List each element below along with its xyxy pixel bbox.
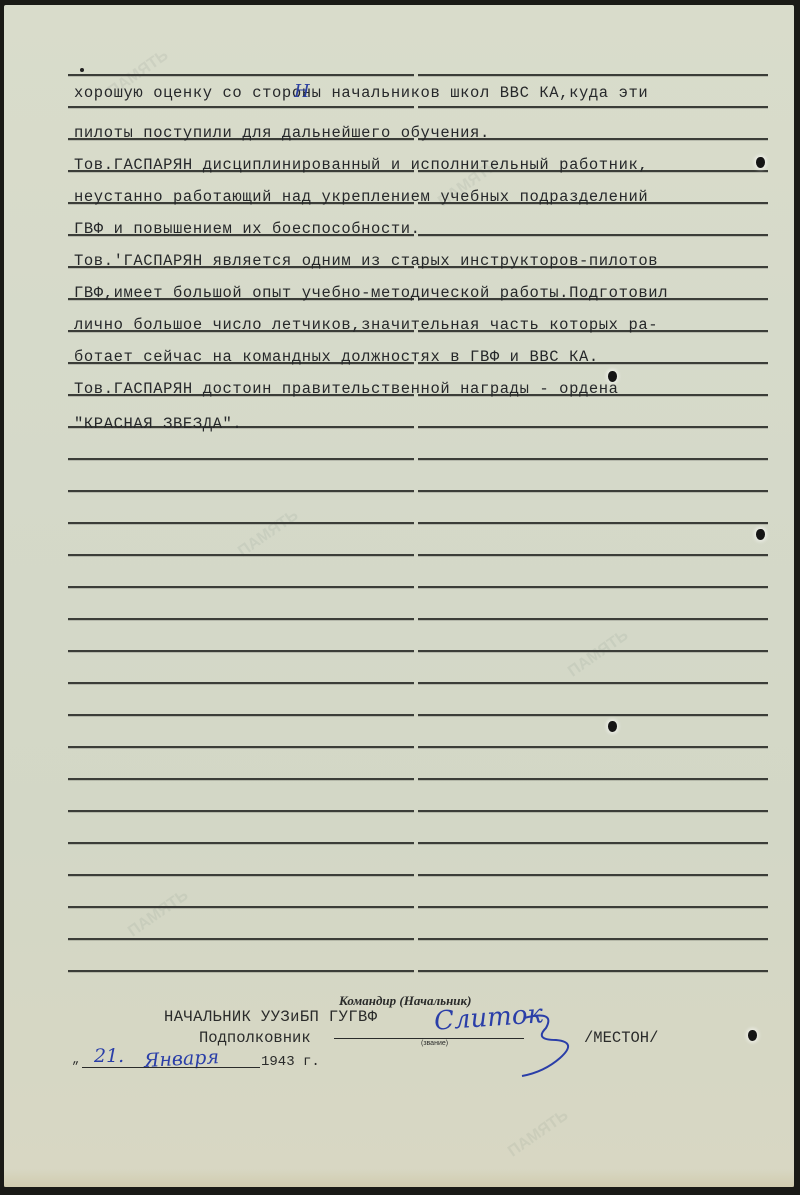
- form-rule: [68, 586, 414, 588]
- form-rule: [418, 458, 768, 460]
- date-day: 21.: [94, 1045, 124, 1067]
- form-rule: [68, 522, 414, 524]
- form-rule: [68, 874, 414, 876]
- form-rule: [418, 682, 768, 684]
- signatory-name: /МЕСТОН/: [584, 1029, 658, 1047]
- punch-hole: [608, 371, 617, 382]
- signatory-title: НАЧАЛЬНИК УУЗиБП ГУГВФ: [164, 1008, 377, 1026]
- watermark: ПАМЯТЬ: [125, 887, 192, 941]
- form-rule: [68, 682, 414, 684]
- signature-line: [334, 1038, 524, 1039]
- form-rule: [68, 618, 414, 620]
- form-rule: [418, 426, 768, 428]
- form-rule: [418, 650, 768, 652]
- form-rule: [68, 554, 414, 556]
- punch-hole: [756, 157, 765, 168]
- body-line-1: хорошую оценку со стороны начальников шк…: [74, 84, 648, 102]
- watermark: ПАМЯТЬ: [565, 627, 632, 681]
- ink-dot: [80, 68, 84, 72]
- form-rule: [418, 490, 768, 492]
- body-line-7: ГВФ,имеет большой опыт учебно-методическ…: [74, 284, 668, 302]
- body-line-2: пилоты поступили для дальнейшего обучени…: [74, 124, 490, 142]
- punch-hole: [608, 721, 617, 732]
- form-rule: [418, 938, 768, 940]
- signatory-rank: Подполковник: [199, 1029, 311, 1047]
- form-rule: [418, 874, 768, 876]
- form-rule: [418, 746, 768, 748]
- punch-hole: [756, 529, 765, 540]
- form-rule: [68, 938, 414, 940]
- date-year: 1943 г.: [261, 1054, 320, 1070]
- form-rule: [68, 970, 414, 972]
- form-rule: [68, 810, 414, 812]
- date-open-quote: „: [72, 1053, 79, 1067]
- date-month: Января: [143, 1046, 219, 1072]
- rank-label: (звание): [421, 1040, 448, 1047]
- form-rule: [68, 906, 414, 908]
- form-rule: [418, 586, 768, 588]
- form-rule: [418, 842, 768, 844]
- signature-flourish: [516, 1010, 586, 1080]
- form-rule: [418, 778, 768, 780]
- form-rule: [68, 842, 414, 844]
- body-line-6: Тов.'ГАСПАРЯН является одним из старых и…: [74, 252, 658, 270]
- form-rule: [418, 106, 768, 108]
- body-line-8: лично большое число летчиков,значительна…: [74, 316, 658, 334]
- date-line: [82, 1067, 260, 1068]
- form-rule: [418, 906, 768, 908]
- form-rule: [418, 714, 768, 716]
- document-page: ПАМЯТЬ ПАМЯТЬ ПАМЯТЬ ПАМЯТЬ ПАМЯТЬ ПАМЯТ…: [4, 5, 794, 1187]
- form-rule: [68, 778, 414, 780]
- form-rule: [418, 810, 768, 812]
- form-rule: [68, 106, 414, 108]
- form-rule: [68, 458, 414, 460]
- body-line-5: ГВФ и повышением их боеспособности.: [74, 220, 421, 238]
- form-rule: [68, 746, 414, 748]
- body-line-4: неустанно работающий над укреплением уче…: [74, 188, 648, 206]
- form-rule: [418, 234, 768, 236]
- form-rule: [68, 74, 414, 76]
- watermark: ПАМЯТЬ: [505, 1107, 572, 1161]
- form-rule: [68, 650, 414, 652]
- form-rule: [418, 618, 768, 620]
- form-rule: [68, 714, 414, 716]
- punch-hole: [748, 1030, 757, 1041]
- form-rule: [418, 522, 768, 524]
- form-rule: [418, 970, 768, 972]
- body-line-10: Тов.ГАСПАРЯН достоин правительственной н…: [74, 380, 619, 398]
- handwritten-correction: Н: [294, 81, 310, 102]
- form-rule: [418, 554, 768, 556]
- body-line-11: "КРАСНАЯ ЗВЕЗДА".: [74, 415, 242, 433]
- form-rule: [418, 74, 768, 76]
- form-rule: [68, 490, 414, 492]
- body-line-9: ботает сейчас на командных должностях в …: [74, 348, 599, 366]
- body-line-3: Тов.ГАСПАРЯН дисциплинированный и исполн…: [74, 156, 648, 174]
